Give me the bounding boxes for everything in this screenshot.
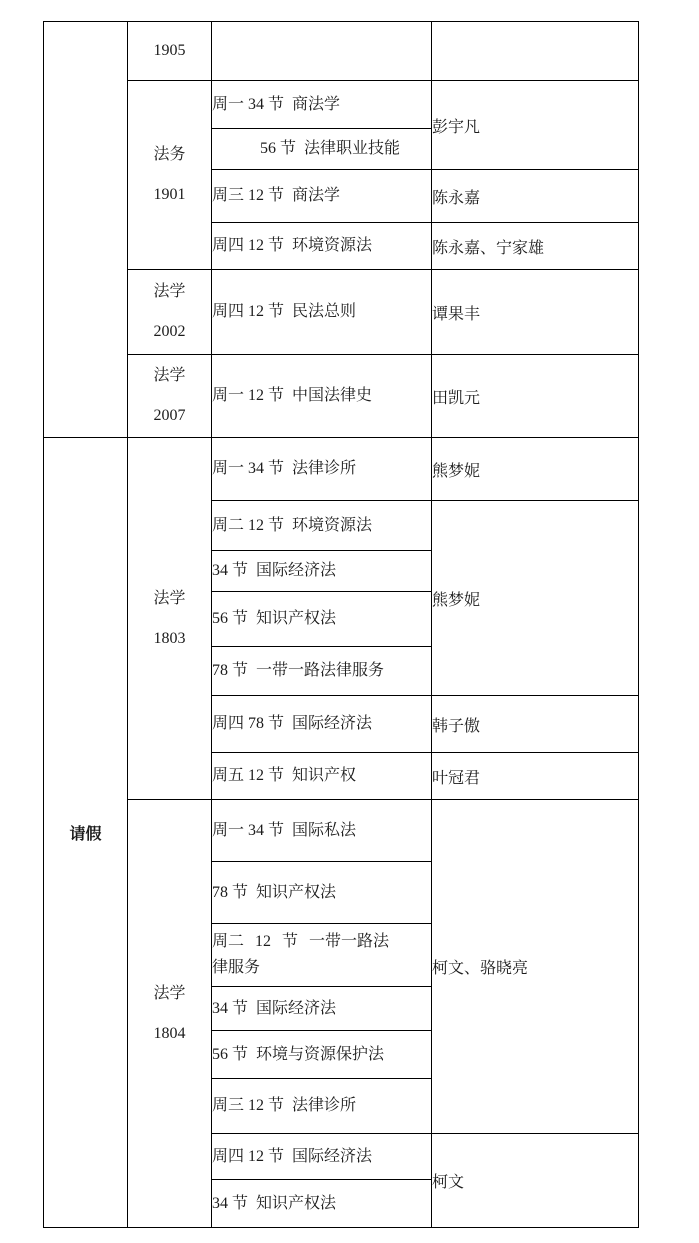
teacher-cell: 谭果丰 <box>432 270 639 355</box>
schedule-cell: 周四 12 节 国际经济法 <box>212 1134 432 1180</box>
class-cell: 1905 <box>128 22 212 81</box>
schedule-cell: 周四 12 节 民法总则 <box>212 270 432 355</box>
class-cell: 法学 2002 <box>128 270 212 355</box>
document-page: 1905 法务 1901 周一 34 节 商法学 彭宇凡 56 节 法律职业技能… <box>0 0 699 1243</box>
schedule-cell: 56 节 知识产权法 <box>212 592 432 647</box>
teacher-cell: 熊梦妮 <box>432 438 639 501</box>
schedule-cell: 78 节 知识产权法 <box>212 862 432 924</box>
class-cell: 法学 1803 <box>128 438 212 800</box>
class-cell: 法务 1901 <box>128 81 212 270</box>
teacher-cell: 柯文、骆晓亮 <box>432 800 639 1134</box>
schedule-cell: 34 节 国际经济法 <box>212 551 432 592</box>
schedule-cell: 周三 12 节 法律诊所 <box>212 1079 432 1134</box>
teacher-cell: 陈永嘉、宁家雄 <box>432 223 639 270</box>
schedule-cell: 56 节 法律职业技能 <box>212 129 432 170</box>
schedule-cell: 周一 34 节 商法学 <box>212 81 432 129</box>
table-row: 法学 2007 周一 12 节 中国法律史 田凯元 <box>44 355 639 438</box>
schedule-cell: 34 节 国际经济法 <box>212 987 432 1031</box>
table-row: 1905 <box>44 22 639 81</box>
schedule-cell <box>212 22 432 81</box>
table-row: 法学 1804 周一 34 节 国际私法 柯文、骆晓亮 <box>44 800 639 862</box>
teacher-cell: 叶冠君 <box>432 753 639 800</box>
schedule-cell: 周一 12 节 中国法律史 <box>212 355 432 438</box>
teacher-cell: 韩子傲 <box>432 696 639 753</box>
table-row: 请假 法学 1803 周一 34 节 法律诊所 熊梦妮 <box>44 438 639 501</box>
schedule-cell: 56 节 环境与资源保护法 <box>212 1031 432 1079</box>
teacher-cell: 田凯元 <box>432 355 639 438</box>
schedule-cell: 周一 34 节 法律诊所 <box>212 438 432 501</box>
schedule-cell: 周四 78 节 国际经济法 <box>212 696 432 753</box>
class-cell: 法学 1804 <box>128 800 212 1228</box>
table-row: 法务 1901 周一 34 节 商法学 彭宇凡 <box>44 81 639 129</box>
schedule-cell: 周二 12 节 一带一路法 律服务 <box>212 924 432 987</box>
teacher-cell: 彭宇凡 <box>432 81 639 170</box>
schedule-cell: 周一 34 节 国际私法 <box>212 800 432 862</box>
leave-schedule-table: 1905 法务 1901 周一 34 节 商法学 彭宇凡 56 节 法律职业技能… <box>43 21 639 1228</box>
table-row: 法学 2002 周四 12 节 民法总则 谭果丰 <box>44 270 639 355</box>
teacher-cell <box>432 22 639 81</box>
schedule-cell: 周三 12 节 商法学 <box>212 170 432 223</box>
schedule-cell: 周二 12 节 环境资源法 <box>212 501 432 551</box>
schedule-cell: 周四 12 节 环境资源法 <box>212 223 432 270</box>
leave-status-cell: 请假 <box>44 438 128 1228</box>
class-cell: 法学 2007 <box>128 355 212 438</box>
schedule-cell: 78 节 一带一路法律服务 <box>212 647 432 696</box>
schedule-cell: 34 节 知识产权法 <box>212 1180 432 1228</box>
teacher-cell: 柯文 <box>432 1134 639 1228</box>
teacher-cell: 熊梦妮 <box>432 501 639 696</box>
schedule-cell: 周五 12 节 知识产权 <box>212 753 432 800</box>
teacher-cell: 陈永嘉 <box>432 170 639 223</box>
status-cell-empty <box>44 22 128 438</box>
